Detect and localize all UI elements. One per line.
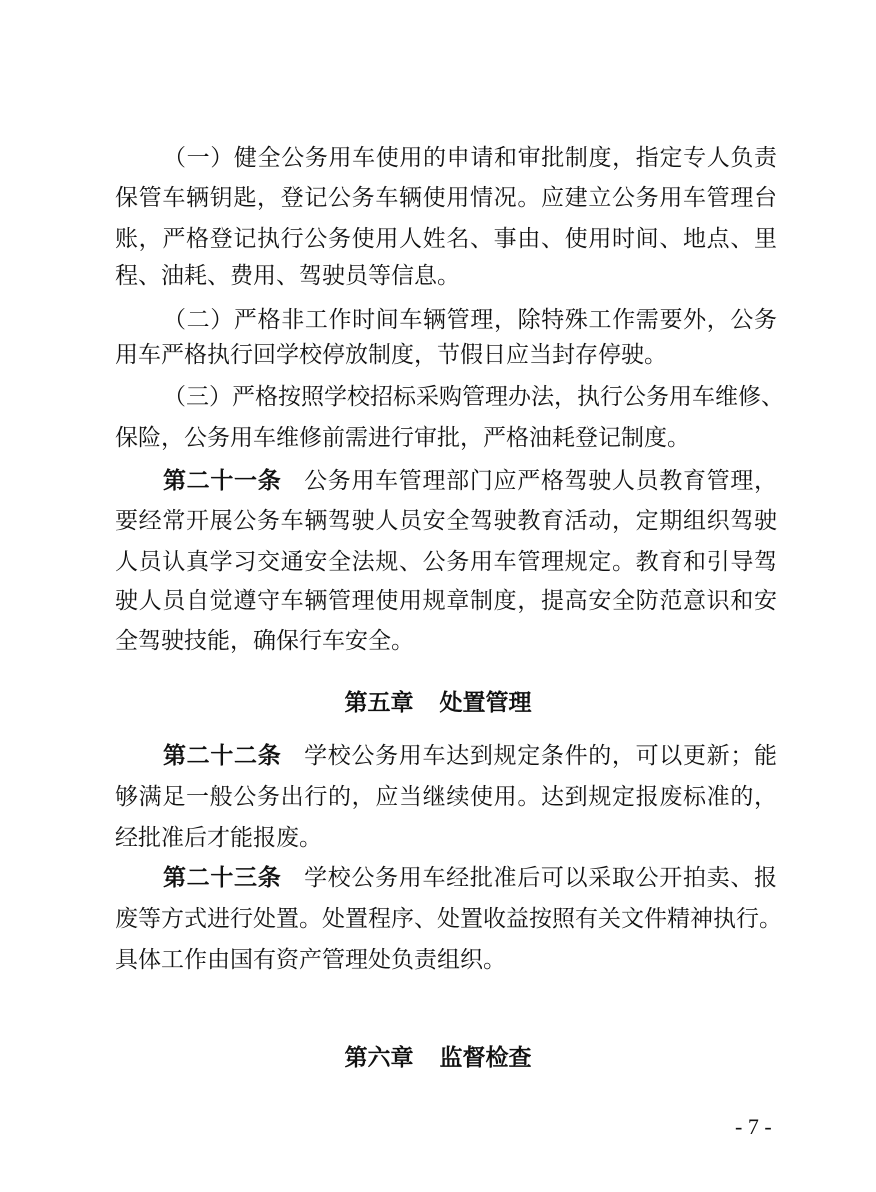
text-line: 驶人员自觉遵守车辆管理使用规章制度，提高安全防范意识和安 [115,584,777,618]
page-number: - 7 - [735,1114,772,1140]
text-line: 经批准后才能报废。 [115,821,777,855]
text-span: 公务用车管理部门应严格驾驶人员教育管理， [303,468,777,494]
chapter-heading-6: 第六章监督检查 [0,1041,876,1075]
article-first-line: 第二十三条学校公务用车经批准后可以采取公开拍卖、报 [163,861,777,895]
chapter-heading-5: 第五章处置管理 [0,686,876,720]
document-page: （一）健全公务用车使用的申请和审批制度，指定专人负责 保管车辆钥匙，登记公务车辆… [0,0,876,1192]
text-line: 账，严格登记执行公务使用人姓名、事由、使用时间、地点、里 [115,222,777,256]
text-line: （二）严格非工作时间车辆管理，除特殊工作需要外，公务 [163,303,777,337]
text-line: 要经常开展公务车辆驾驶人员安全驾驶教育活动，定期组织驾驶 [115,504,777,538]
text-line: 具体工作由国有资产管理处负责组织。 [115,943,777,977]
article-first-line: 第二十二条学校公务用车达到规定条件的，可以更新；能 [163,739,777,773]
text-line: 够满足一般公务出行的，应当继续使用。达到规定报废标准的， [115,780,777,814]
text-line: （一）健全公务用车使用的申请和审批制度，指定专人负责 [163,141,777,175]
article-first-line: 第二十一条公务用车管理部门应严格驾驶人员教育管理， [163,464,777,498]
text-line: 程、油耗、费用、驾驶员等信息。 [115,259,777,293]
article-label: 第二十一条 [163,468,281,494]
text-line: 废等方式进行处置。处置程序、处置收益按照有关文件精神执行。 [115,902,777,936]
chapter-title: 处置管理 [440,690,532,716]
chapter-number: 第五章 [345,690,414,716]
article-label: 第二十三条 [163,865,281,891]
text-line: 保险，公务用车维修前需进行审批，严格油耗登记制度。 [115,421,777,455]
chapter-title: 监督检查 [440,1045,532,1071]
chapter-number: 第六章 [345,1045,414,1071]
text-line: 用车严格执行回学校停放制度，节假日应当封存停驶。 [115,338,777,372]
article-label: 第二十二条 [163,743,281,769]
text-span: 学校公务用车达到规定条件的，可以更新；能 [303,743,777,769]
text-line: 全驾驶技能，确保行车安全。 [115,624,777,658]
text-span: 学校公务用车经批准后可以采取公开拍卖、报 [303,865,777,891]
text-line: 人员认真学习交通安全法规、公务用车管理规定。教育和引导驾 [115,545,777,579]
text-line: 保管车辆钥匙，登记公务车辆使用情况。应建立公务用车管理台 [115,181,777,215]
text-line: （三）严格按照学校招标采购管理办法，执行公务用车维修、 [163,380,777,414]
